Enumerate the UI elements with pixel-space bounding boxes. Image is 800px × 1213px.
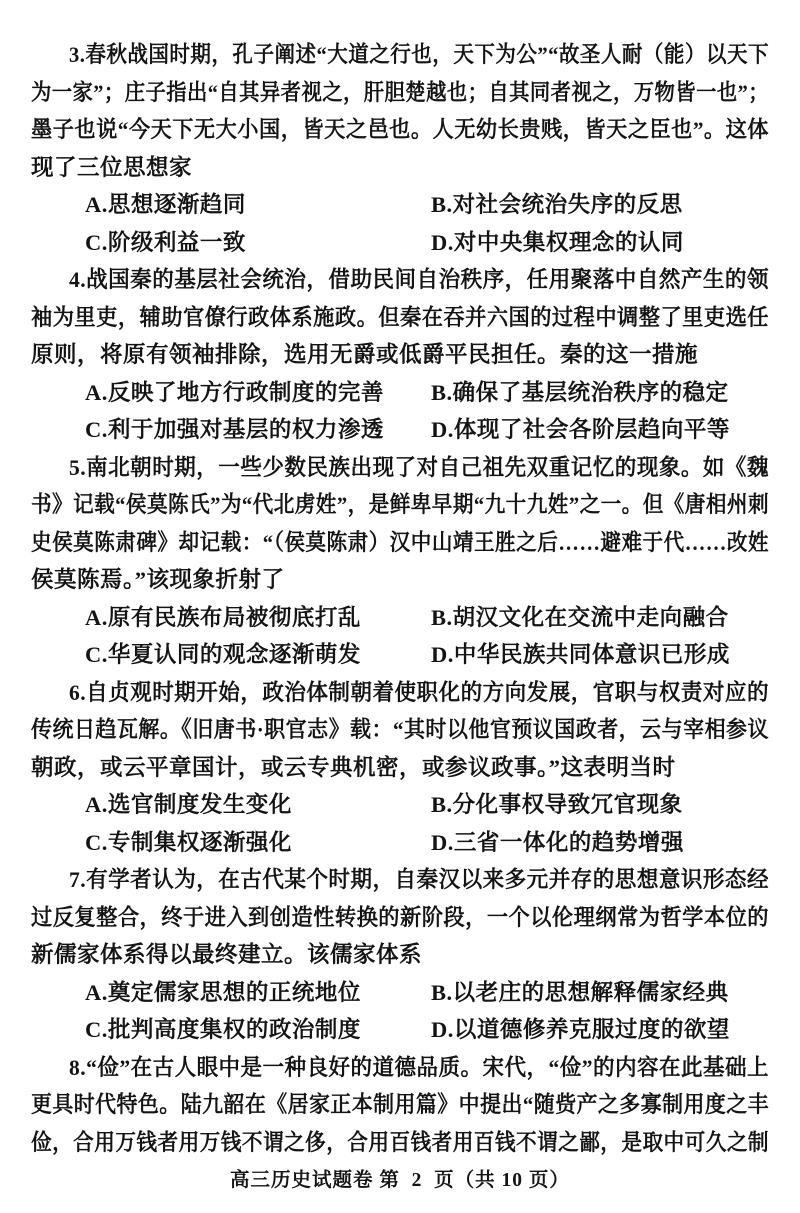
option-label: B. bbox=[431, 980, 453, 1005]
stem-line: 俭，合用万钱者用万钱不谓之侈，合用百钱者用百钱不谓之鄙，是取中可久之制 bbox=[31, 1124, 769, 1162]
option-label: D. bbox=[431, 1017, 454, 1042]
option-label: C. bbox=[85, 830, 108, 855]
stem-line: 更具时代特色。陆九韶在《居家正本制用篇》中提出“随赀产之多寡制用度之丰 bbox=[31, 1086, 769, 1124]
option-C: C.阶级利益一致 bbox=[85, 224, 431, 262]
option-text: 阶级利益一致 bbox=[108, 230, 246, 255]
option-text: 原有民族布局被彻底打乱 bbox=[108, 605, 361, 630]
option-A: A.选官制度发生变化 bbox=[85, 786, 431, 824]
stem-line: 7.有学者认为，在古代某个时期，自秦汉以来多元并存的思想意识形态经 bbox=[31, 861, 769, 899]
stem-line: 朝政，或云平章国计，或云专典机密，或参议政事。”这表明当时 bbox=[31, 749, 769, 787]
option-text: 胡汉文化在交流中走向融合 bbox=[453, 605, 729, 630]
question-7: 7.有学者认为，在古代某个时期，自秦汉以来多元并存的思想意识形态经 过反复整合，… bbox=[31, 861, 769, 1049]
option-label: C. bbox=[85, 642, 108, 667]
stem-line: 3.春秋战国时期，孔子阐述“大道之行也，天下为公”“故圣人耐（能）以天下 bbox=[31, 36, 769, 74]
option-D: D.三省一体化的趋势增强 bbox=[431, 824, 769, 862]
stem-line: 书》记载“侯莫陈氏”为“代北虏姓”，是鲜卑早期“九十九姓”之一。但《唐相州刺 bbox=[31, 486, 769, 524]
option-label: A. bbox=[85, 792, 108, 817]
option-label: C. bbox=[85, 230, 108, 255]
option-text: 华夏认同的观念逐渐萌发 bbox=[108, 642, 361, 667]
option-D: D.中华民族共同体意识已形成 bbox=[431, 636, 769, 674]
option-label: A. bbox=[85, 980, 108, 1005]
option-text: 思想逐渐趋同 bbox=[108, 192, 246, 217]
stem-line: 传统日趋瓦解。《旧唐书·职官志》载：“其时以他官预议国政者，云与宰相参议 bbox=[31, 711, 769, 749]
exam-page: 3.春秋战国时期，孔子阐述“大道之行也，天下为公”“故圣人耐（能）以天下 为一家… bbox=[0, 0, 800, 1213]
option-B: B.以老庄的思想解释儒家经典 bbox=[431, 974, 769, 1012]
option-label: B. bbox=[431, 192, 453, 217]
stem-line: 史侯莫陈肃碑》却记载：“（侯莫陈肃）汉中山靖王胜之后……避难于代……改姓 bbox=[31, 524, 769, 562]
option-C: C.专制集权逐渐强化 bbox=[85, 824, 431, 862]
stem-line: 过反复整合，终于进入到创造性转换的新阶段，一个以伦理纲常为哲学本位的 bbox=[31, 899, 769, 937]
stem-line: 6.自贞观时期开始，政治体制朝着使职化的方向发展，官职与权责对应的 bbox=[31, 674, 769, 712]
option-C: C.利于加强对基层的权力渗透 bbox=[85, 411, 431, 449]
option-text: 选官制度发生变化 bbox=[108, 792, 292, 817]
option-A: A.奠定儒家思想的正统地位 bbox=[85, 974, 431, 1012]
question-3: 3.春秋战国时期，孔子阐述“大道之行也，天下为公”“故圣人耐（能）以天下 为一家… bbox=[31, 36, 769, 261]
option-text: 对社会统治失序的反思 bbox=[453, 192, 683, 217]
option-B: B.确保了基层统治秩序的稳定 bbox=[431, 374, 769, 412]
stem-line: 为一家”；庄子指出“自其异者视之，肝胆楚越也；自其同者视之，万物皆一也”； bbox=[31, 74, 769, 112]
stem-line: 现了三位思想家 bbox=[31, 149, 769, 187]
option-label: B. bbox=[431, 380, 453, 405]
stem-line: 侯莫陈焉。”该现象折射了 bbox=[31, 561, 769, 599]
stem-line: 原则，将原有领袖排除，选用无爵或低爵平民担任。秦的这一措施 bbox=[31, 336, 769, 374]
option-C: C.批判高度集权的政治制度 bbox=[85, 1011, 431, 1049]
option-label: D. bbox=[431, 417, 454, 442]
option-D: D.以道德修养克服过度的欲望 bbox=[431, 1011, 769, 1049]
stem-line: 8.“俭”在古人眼中是一种良好的道德品质。宋代，“俭”的内容在此基础上 bbox=[31, 1049, 769, 1087]
option-label: A. bbox=[85, 605, 108, 630]
option-text: 反映了地方行政制度的完善 bbox=[108, 380, 384, 405]
stem-line: 5.南北朝时期，一些少数民族出现了对自己祖先双重记忆的现象。如《魏 bbox=[31, 449, 769, 487]
option-B: B.胡汉文化在交流中走向融合 bbox=[431, 599, 769, 637]
option-label: C. bbox=[85, 417, 108, 442]
stem-line: 新儒家体系得以最终建立。该儒家体系 bbox=[31, 936, 769, 974]
option-text: 对中央集权理念的认同 bbox=[454, 230, 684, 255]
question-8: 8.“俭”在古人眼中是一种良好的道德品质。宋代，“俭”的内容在此基础上 更具时代… bbox=[31, 1049, 769, 1162]
option-text: 确保了基层统治秩序的稳定 bbox=[453, 380, 729, 405]
option-text: 分化事权导致冗官现象 bbox=[453, 792, 683, 817]
option-text: 中华民族共同体意识已形成 bbox=[454, 642, 730, 667]
option-text: 以道德修养克服过度的欲望 bbox=[454, 1017, 730, 1042]
options: A.奠定儒家思想的正统地位 B.以老庄的思想解释儒家经典 C.批判高度集权的政治… bbox=[31, 974, 769, 1049]
option-label: D. bbox=[431, 830, 454, 855]
option-text: 专制集权逐渐强化 bbox=[108, 830, 292, 855]
page-footer: 高三历史试题卷 第 2 页（共 10 页） bbox=[31, 1166, 769, 1196]
stem-line: 墨子也说“今天下无大小国，皆天之邑也。人无幼长贵贱，皆天之臣也”。这体 bbox=[31, 111, 769, 149]
option-C: C.华夏认同的观念逐渐萌发 bbox=[85, 636, 431, 674]
question-5: 5.南北朝时期，一些少数民族出现了对自己祖先双重记忆的现象。如《魏 书》记载“侯… bbox=[31, 449, 769, 674]
options: A.反映了地方行政制度的完善 B.确保了基层统治秩序的稳定 C.利于加强对基层的… bbox=[31, 374, 769, 449]
question-4: 4.战国秦的基层社会统治，借助民间自治秩序，任用聚落中自然产生的领 袖为里吏，辅… bbox=[31, 261, 769, 449]
option-label: D. bbox=[431, 642, 454, 667]
options: A.选官制度发生变化 B.分化事权导致冗官现象 C.专制集权逐渐强化 D.三省一… bbox=[31, 786, 769, 861]
option-A: A.思想逐渐趋同 bbox=[85, 186, 431, 224]
option-text: 利于加强对基层的权力渗透 bbox=[108, 417, 384, 442]
option-label: B. bbox=[431, 605, 453, 630]
option-A: A.原有民族布局被彻底打乱 bbox=[85, 599, 431, 637]
option-text: 奠定儒家思想的正统地位 bbox=[108, 980, 361, 1005]
stem-line: 袖为里吏，辅助官僚行政体系施政。但秦在吞并六国的过程中调整了里吏选任 bbox=[31, 299, 769, 337]
option-text: 以老庄的思想解释儒家经典 bbox=[453, 980, 729, 1005]
question-6: 6.自贞观时期开始，政治体制朝着使职化的方向发展，官职与权责对应的 传统日趋瓦解… bbox=[31, 674, 769, 862]
option-label: D. bbox=[431, 230, 454, 255]
stem-line: 4.战国秦的基层社会统治，借助民间自治秩序，任用聚落中自然产生的领 bbox=[31, 261, 769, 299]
options: A.原有民族布局被彻底打乱 B.胡汉文化在交流中走向融合 C.华夏认同的观念逐渐… bbox=[31, 599, 769, 674]
option-B: B.分化事权导致冗官现象 bbox=[431, 786, 769, 824]
option-text: 三省一体化的趋势增强 bbox=[454, 830, 684, 855]
option-D: D.体现了社会各阶层趋向平等 bbox=[431, 411, 769, 449]
option-D: D.对中央集权理念的认同 bbox=[431, 224, 769, 262]
options: A.思想逐渐趋同 B.对社会统治失序的反思 C.阶级利益一致 D.对中央集权理念… bbox=[31, 186, 769, 261]
option-text: 体现了社会各阶层趋向平等 bbox=[454, 417, 730, 442]
option-label: B. bbox=[431, 792, 453, 817]
option-label: A. bbox=[85, 192, 108, 217]
option-label: C. bbox=[85, 1017, 108, 1042]
option-A: A.反映了地方行政制度的完善 bbox=[85, 374, 431, 412]
option-label: A. bbox=[85, 380, 108, 405]
option-text: 批判高度集权的政治制度 bbox=[108, 1017, 361, 1042]
option-B: B.对社会统治失序的反思 bbox=[431, 186, 769, 224]
